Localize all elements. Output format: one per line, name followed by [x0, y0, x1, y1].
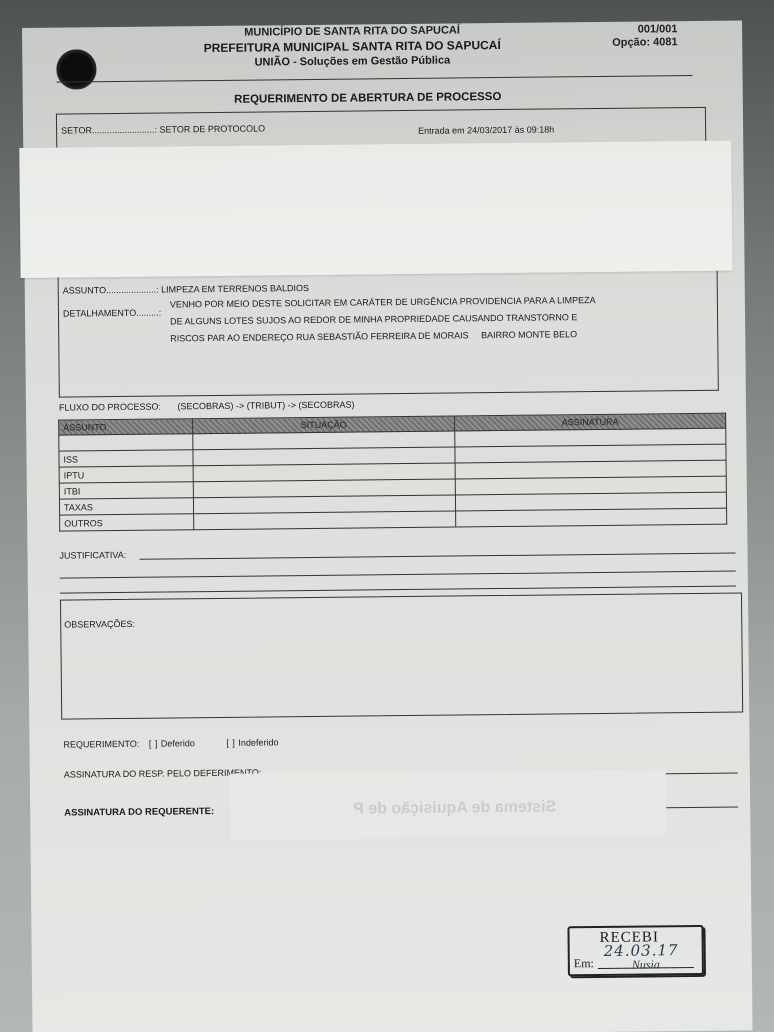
requerimento-field: REQUERIMENTO: [ ] Deferido [ ] Indeferid…: [63, 737, 278, 749]
justificativa-line[interactable]: [140, 553, 736, 560]
row-label: IPTU: [59, 466, 193, 483]
observacoes-box[interactable]: [60, 592, 743, 719]
row-label: [59, 434, 193, 451]
row-label: OUTROS: [60, 514, 194, 531]
observacoes-label: OBSERVAÇÕES:: [64, 619, 135, 630]
page-title: REQUERIMENTO DE ABERTURA DE PROCESSO: [23, 89, 713, 108]
redaction-patch-bottom: Sistema de Aquisição de P: [230, 769, 667, 840]
assunto-label: ASSUNTO....................:: [63, 285, 159, 296]
process-flow: FLUXO DO PROCESSO: (SECOBRAS) -> (TRIBUT…: [59, 400, 355, 413]
situacao-cell[interactable]: [194, 511, 456, 530]
document-header: MUNICÍPIO DE SANTA RITA DO SAPUCAÍ PREFE…: [202, 23, 502, 71]
system-name: UNIÃO - Soluções em Gestão Pública: [202, 53, 502, 71]
setor-value: SETOR DE PROTOCOLO: [159, 123, 265, 134]
indeferido-checkbox[interactable]: [ ] Indeferido: [226, 737, 278, 748]
page-info: 001/001 Opção: 4081: [612, 23, 678, 50]
setor-label: SETOR.........................:: [61, 125, 157, 136]
detalhamento-label: DETALHAMENTO.........:: [63, 305, 161, 323]
setor-field: SETOR.........................: SETOR DE…: [61, 123, 265, 135]
stamp-signature: Nusia: [632, 957, 660, 972]
assinatura-requerente-label: ASSINATURA DO REQUERENTE:: [64, 806, 214, 819]
deferido-checkbox[interactable]: [ ] Deferido: [149, 738, 195, 748]
stamp-em-label: Em:: [574, 956, 594, 971]
redaction-patch-top: [19, 141, 732, 278]
entry-timestamp: Entrada em 24/03/2017 às 09:18h: [418, 124, 554, 135]
detalhamento-value: VENHO POR MEIO DESTE SOLICITAR EM CARÁTE…: [170, 291, 651, 347]
assinatura-cell[interactable]: [456, 508, 727, 527]
justificativa-label: JUSTIFICATIVA:: [59, 550, 126, 561]
justificativa-line[interactable]: [60, 571, 736, 579]
justificativa-line[interactable]: [60, 586, 736, 594]
assunto-value: LIMPEZA EM TERRENOS BALDIOS: [161, 283, 309, 295]
page-number: 001/001: [612, 23, 678, 37]
form-document: MUNICÍPIO DE SANTA RITA DO SAPUCAÍ PREFE…: [22, 20, 753, 1032]
header-divider: [57, 75, 693, 83]
redaction-bleed-text: Sistema de Aquisição de P: [353, 798, 556, 817]
row-label: ISS: [59, 450, 193, 467]
fluxo-label: FLUXO DO PROCESSO:: [59, 402, 161, 413]
option-code: Opção: 4081: [612, 36, 678, 50]
assinatura-requerente-line[interactable]: [666, 807, 738, 809]
fluxo-value: (SECOBRAS) -> (TRIBUT) -> (SECOBRAS): [177, 400, 354, 412]
requerimento-label: REQUERIMENTO:: [63, 739, 139, 750]
row-label: TAXAS: [59, 498, 193, 515]
prefeitura-name: PREFEITURA MUNICIPAL SANTA RITA DO SAPUC…: [202, 38, 502, 56]
row-label: ITBI: [59, 482, 193, 499]
col-assunto: ASSUNTO: [59, 419, 193, 435]
status-table: ASSUNTO SITUAÇÃO ASSINATURA ISS IPTU ITB…: [58, 413, 727, 532]
municipal-coat-of-arms-icon: [56, 49, 96, 89]
received-stamp: RECEBI Em: 24.03.17 Nusia: [567, 925, 704, 976]
